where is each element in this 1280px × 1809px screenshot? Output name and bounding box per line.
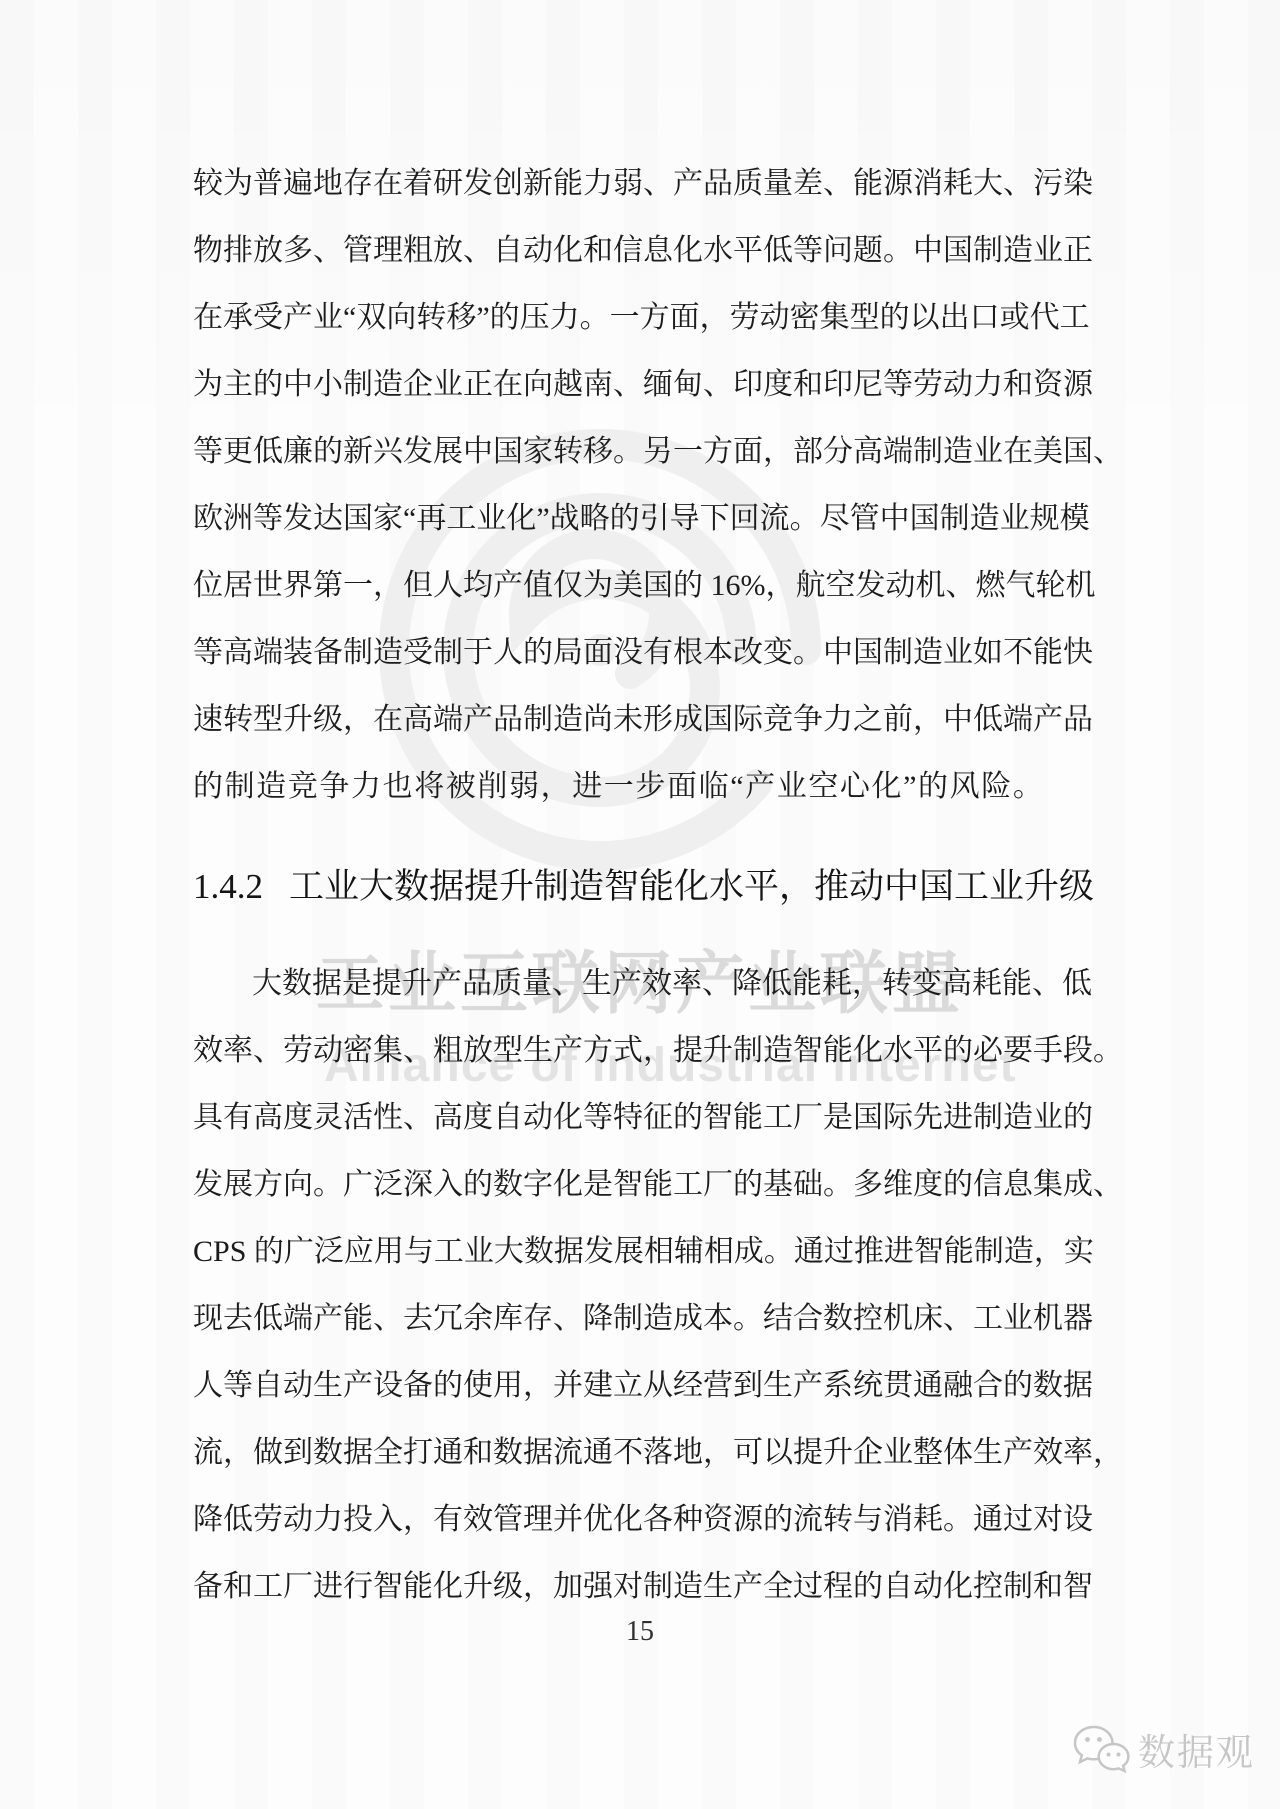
paragraph-line: 人等自动生产设备的使用，并建立从经营到生产系统贯通融合的数据 [193,1352,1088,1419]
footer-brand-logo: 数据观 [1072,1722,1255,1776]
paragraph-line: 降低劳动力投入，有效管理并优化各种资源的流转与消耗。通过对设 [193,1486,1088,1553]
footer-brand-text: 数据观 [1138,1722,1255,1776]
section-number: 1.4.2 [193,867,289,906]
paragraph-line: 等高端装备制造受制于人的局面没有根本改变。中国制造业如不能快 [193,619,1088,686]
paragraph-line: 效率、劳动密集、粗放型生产方式，提升制造智能化水平的必要手段。 [193,1017,1088,1084]
section-title: 工业大数据提升制造智能化水平，推动中国工业升级 [289,867,1094,906]
paragraph-line: CPS 的广泛应用与工业大数据发展相辅相成。通过推进智能制造，实 [193,1218,1088,1285]
paragraph-line: 为主的中小制造企业正在向越南、缅甸、印度和印尼等劳动力和资源 [193,351,1088,418]
paragraph-line: 发展方向。广泛深入的数字化是智能工厂的基础。多维度的信息集成、 [193,1151,1088,1218]
paragraph-line: 现去低端产能、去冗余库存、降制造成本。结合数控机床、工业机器 [193,1285,1088,1352]
page-number: 15 [0,1612,1280,1652]
paragraph-line: 较为普遍地存在着研发创新能力弱、产品质量差、能源消耗大、污染 [193,150,1088,217]
paragraph-2: 大数据是提升产品质量、生产效率、降低能耗，转变高耗能、低 效率、劳动密集、粗放型… [193,950,1088,1620]
paragraph-line: 的制造竞争力也将被削弱，进一步面临“产业空心化”的风险。 [193,753,1088,820]
paragraph-line: 备和工厂进行智能化升级，加强对制造生产全过程的自动化控制和智 [193,1553,1088,1620]
paragraph-1: 较为普遍地存在着研发创新能力弱、产品质量差、能源消耗大、污染 物排放多、管理粗放… [193,150,1088,820]
paragraph-line: 等更低廉的新兴发展中国家转移。另一方面，部分高端制造业在美国、 [193,418,1088,485]
section-heading: 1.4.2工业大数据提升制造智能化水平，推动中国工业升级 [193,857,1088,917]
paragraph-line: 欧洲等发达国家“再工业化”战略的引导下回流。尽管中国制造业规模 [193,485,1088,552]
wechat-bubbles-icon [1072,1723,1130,1775]
paragraph-line: 在承受产业“双向转移”的压力。一方面，劳动密集型的以出口或代工 [193,284,1088,351]
paragraph-line: 大数据是提升产品质量、生产效率、降低能耗，转变高耗能、低 [193,950,1088,1017]
paragraph-line: 位居世界第一，但人均产值仅为美国的 16%，航空发动机、燃气轮机 [193,552,1088,619]
document-page: 较为普遍地存在着研发创新能力弱、产品质量差、能源消耗大、污染 物排放多、管理粗放… [0,0,1280,1809]
paragraph-line: 具有高度灵活性、高度自动化等特征的智能工厂是国际先进制造业的 [193,1084,1088,1151]
paragraph-line: 物排放多、管理粗放、自动化和信息化水平低等问题。中国制造业正 [193,217,1088,284]
paragraph-line: 速转型升级，在高端产品制造尚未形成国际竞争力之前，中低端产品 [193,686,1088,753]
paragraph-line: 流，做到数据全打通和数据流通不落地，可以提升企业整体生产效率， [193,1419,1088,1486]
